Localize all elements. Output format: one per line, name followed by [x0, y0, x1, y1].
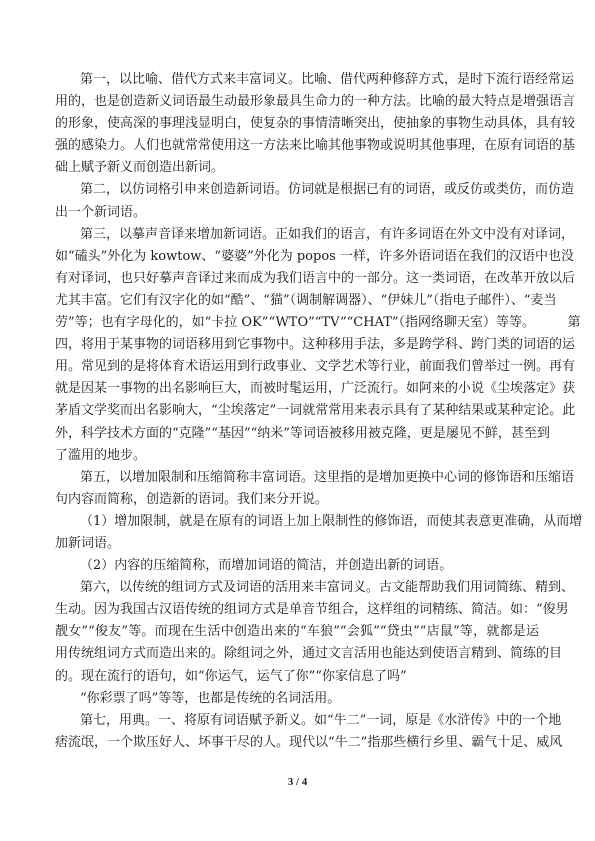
- text-line: 四，将用于某事物的词语移用到它事物中。这种移用手法，多是跨学科、跨门类的词语的运: [55, 334, 539, 356]
- document-page: 第一，以比喻、借代方式来丰富词义。比喻、借代两种修辞方式，是时下流行语经常运用的…: [0, 0, 595, 841]
- text-line: 加新词语。: [55, 533, 539, 555]
- text-line: 劳”等；也有字母化的，如“卡拉 OK”“WTO”“TV”“CHAT”（指网络聊天…: [55, 312, 539, 334]
- text-line: 第二，以仿词格引申来创造新词语。仿词就是根据已有的词语，或反仿或类仿，而仿造: [55, 179, 539, 201]
- text-line: 第三，以摹声音译来增加新词语。正如我们的语言，有许多词语在外文中没有对译词，: [55, 224, 539, 246]
- text-line: 用的，也是创造新义词语最生动最形象最具生命力的一种方法。比喻的最大特点是增强语言: [55, 91, 539, 113]
- text-line: “你彩票了吗”等等，也都是传统的名词活用。: [55, 688, 539, 710]
- text-line: 茅盾文学奖而出名影响大，“尘埃落定”一词就常常用来表示具有了某种结果或某种定论。…: [55, 400, 539, 422]
- text-line: （1）增加限制，就是在原有的词语上加上限制性的修饰语，而使其表意更准确，从而增: [55, 511, 539, 533]
- page-number: 3 / 4: [0, 776, 595, 788]
- text-line: 有对译词，也只好摹声音译过来而成为我们语言中的一部分。这一类词语，在改革开放以后: [55, 268, 539, 290]
- body-text: 第一，以比喻、借代方式来丰富词义。比喻、借代两种修辞方式，是时下流行语经常运用的…: [55, 69, 539, 754]
- text-line: 用传统组词方式而造出来的。除组词之外，通过文言活用也能达到使语言精到、简练的目: [55, 643, 539, 665]
- text-line: 础上赋予新义而创造出新词。: [55, 157, 539, 179]
- text-line: 生动。因为我国古汉语传统的组词方式是单音节组合，这样组的词精练、简洁。如：“俊男: [55, 599, 539, 621]
- text-line: 强的感染力。人们也就常常使用这一方法来比喻其他事物或说明其他事理，在原有词语的基: [55, 135, 539, 157]
- text-line: 外，科学技术方面的“克隆”“基因”“纳米”等词语被移用被克隆，更是屡见不鲜，甚至…: [55, 423, 539, 445]
- text-line: 第一，以比喻、借代方式来丰富词义。比喻、借代两种修辞方式，是时下流行语经常运: [55, 69, 539, 91]
- text-line: 如“磕头”外化为 kowtow、“婆婆”外化为 popos 一样，许多外语词语在…: [55, 246, 539, 268]
- text-line: 了滥用的地步。: [55, 445, 539, 467]
- text-line: 痞流氓，一个欺压好人、坏事干尽的人。现代以“牛二”指那些横行乡里、霸气十足、威风: [55, 732, 539, 754]
- text-line: 第六，以传统的组词方式及词语的活用来丰富词义。古文能帮助我们用词简练、精到、: [55, 577, 539, 599]
- text-line: 靓女”“俊友”等。而现在生活中创造出来的“车狼”“会狐”“贷虫”“店鼠”等，就都…: [55, 621, 539, 643]
- text-line: （2）内容的压缩简称，而增加词语的简洁，并创造出新的词语。: [55, 555, 539, 577]
- text-line: 第七，用典。一、将原有词语赋予新义。如“牛二”一词，原是《水浒传》中的一个地: [55, 710, 539, 732]
- text-line: 用。常见到的是将体育术语运用到行政事业、文学艺术等行业，前面我们曾举过一例。再有: [55, 356, 539, 378]
- text-line: 就是因某一事物的出名影响巨大，而被时髦运用，广泛流行。如阿来的小说《尘埃落定》获: [55, 378, 539, 400]
- text-line: 出一个新词语。: [55, 202, 539, 224]
- text-line: 第五，以增加限制和压缩简称丰富词语。这里指的是增加更换中心词的修饰语和压缩语: [55, 467, 539, 489]
- text-line: 句内容而简称，创造新的语词。我们来分开说。: [55, 489, 539, 511]
- text-line: 尤其丰富。它们有汉字化的如“酷”、“猫”（调制解调器）、“伊妹儿”（指电子邮件）…: [55, 290, 539, 312]
- text-line: 的形象，使高深的事理浅显明白，使复杂的事情清晰突出，使抽象的事物生动具体，具有较: [55, 113, 539, 135]
- text-line: 的。现在流行的语句，如“你运气，运气了你”“你家信息了吗”: [55, 666, 539, 688]
